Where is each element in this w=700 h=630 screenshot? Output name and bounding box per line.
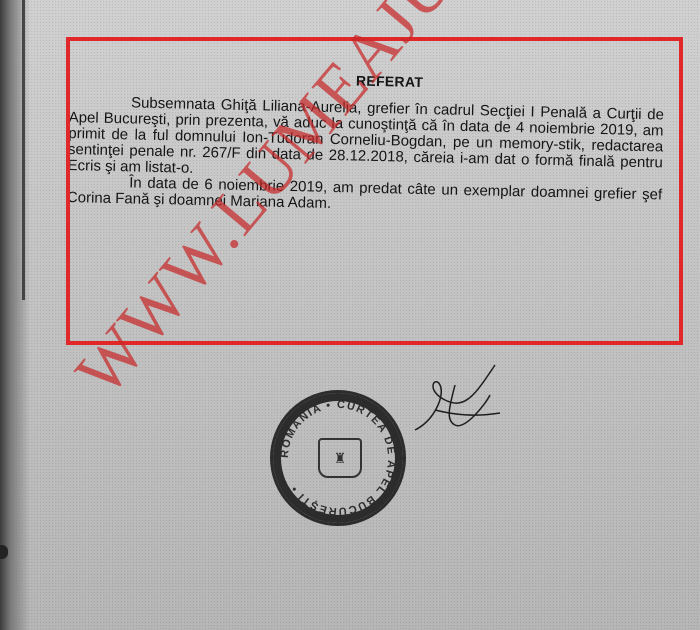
signature <box>405 355 515 435</box>
binder-line <box>22 0 25 300</box>
official-stamp: ROMÂNIA • CURTEA DE APEL BUCUREŞTI • ♜ <box>270 390 406 526</box>
coat-of-arms-icon: ♜ <box>318 438 362 478</box>
binder-edge <box>0 0 30 630</box>
